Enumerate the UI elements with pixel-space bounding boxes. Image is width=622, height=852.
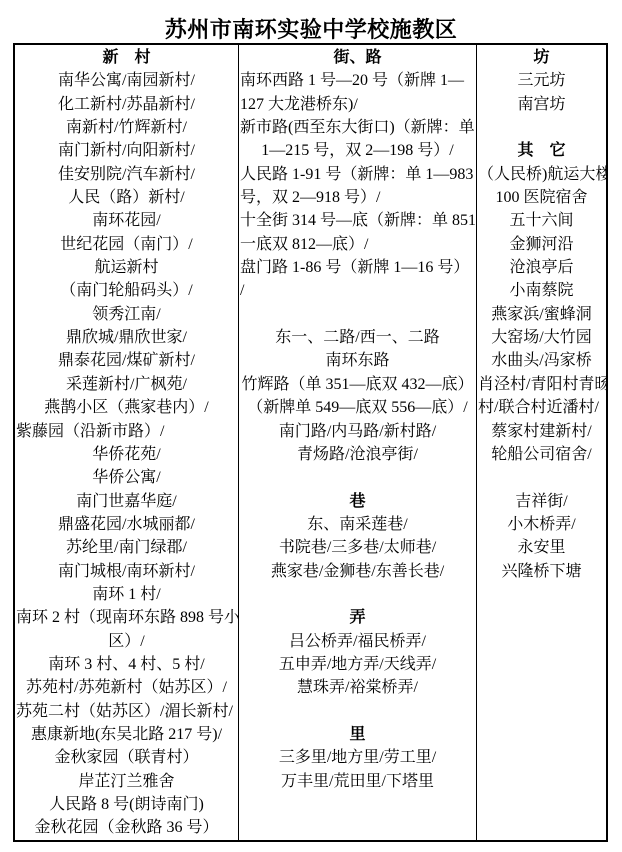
entry-line: 万丰里/荒田里/下塔里 [240,770,475,793]
entry-line: 华侨公寓/ [16,466,237,489]
district-table: 新 村南华公寓/南园新村/化工新村/苏晶新村/南新村/竹辉新村/南门新村/向阳新… [13,43,608,842]
entry-line: 沧浪亭后 [478,256,605,279]
section-header: 街、路 [240,46,475,69]
entry-line: 盘门路 1-86 号（新牌 1—16 号） [240,256,475,279]
entry-line: 东、南采莲巷/ [240,513,475,536]
entry-line: 区）/ [16,630,237,653]
entry-line: 南新村/竹辉新村/ [16,116,237,139]
entry-line: 南环花园/ [16,209,237,232]
entry-line: 村/联合村近潘村/ [478,396,605,419]
entry-line: 青炀路/沧浪亭街/ [240,443,475,466]
entry-line: 燕家浜/蜜蜂洞 [478,303,605,326]
entry-line: （新牌单 549—底双 556—底）/ [240,396,475,419]
entry-line: 南门城根/南环新村/ [16,560,237,583]
entry-line: 蔡家村建新村/ [478,420,605,443]
entry-line: 人民路 1-91 号（新牌：单 1—983 [240,163,475,186]
xincun-column: 新 村南华公寓/南园新村/化工新村/苏晶新村/南新村/竹辉新村/南门新村/向阳新… [15,45,238,840]
entry-line: 小南蔡院 [478,279,605,302]
entry-line: 127 大龙港桥东)/ [240,93,475,116]
entry-line: 新市路(西至东大街口)（新牌：单 [240,116,475,139]
entry-line: 东一、二路/西一、二路 [240,326,475,349]
entry-line: 书院巷/三多巷/太师巷/ [240,536,475,559]
blank-line [240,700,475,723]
entry-line: 南环 2 村（现南环东路 898 号小 [16,606,237,629]
section-header: 巷 [240,490,475,513]
entry-line: 1—215 号，双 2—198 号）/ [240,139,475,162]
entry-line: 五十六间 [478,209,605,232]
entry-line: 南门世嘉华庭/ [16,490,237,513]
entry-line: （南门轮船码头）/ [16,279,237,302]
section-header: 其 它 [478,139,605,162]
entry-line: 永安里 [478,536,605,559]
entry-line: 金秋家园（联青村） [16,746,237,769]
entry-line: 南环 3 村、4 村、5 村/ [16,653,237,676]
entry-line: 慧珠弄/裕棠桥弄/ [240,676,475,699]
entry-line: 大窑场/大竹园 [478,326,605,349]
entry-line: （人民桥)航运大楼 [478,163,605,186]
entry-line: 航运新村 [16,256,237,279]
entry-line: 苏纶里/南门绿郡/ [16,536,237,559]
section-header: 弄 [240,606,475,629]
entry-line: 鼎泰花园/煤矿新村/ [16,349,237,372]
entry-line: 小木桥弄/ [478,513,605,536]
entry-line: 轮船公司宿舍/ [478,443,605,466]
blank-line [240,583,475,606]
entry-line: 十全街 314 号—底（新牌：单 851 [240,209,475,232]
entry-line: 吕公桥弄/福民桥弄/ [240,630,475,653]
entry-line: 苏苑村/苏苑新村（姑苏区）/ [16,676,237,699]
entry-line: 三多里/地方里/劳工里/ [240,746,475,769]
entry-line: 南环 1 村/ [16,583,237,606]
entry-line: 号，双 2—918 号）/ [240,186,475,209]
blank-line [240,303,475,326]
entry-line: 苏苑二村（姑苏区）/湄长新村/ [16,700,237,723]
entry-line: 金狮河沿 [478,233,605,256]
entry-line: 三元坊 [478,69,605,92]
entry-line: 燕鹊小区（燕家巷内）/ [16,396,237,419]
entry-line: 燕家巷/金狮巷/东善长巷/ [240,560,475,583]
section-header: 里 [240,723,475,746]
jielu-column: 街、路南环西路 1 号—20 号（新牌 1—127 大龙港桥东)/新市路(西至东… [238,45,476,840]
entry-line: 岸芷汀兰雅舍 [16,770,237,793]
entry-line: 鼎盛花园/水城丽都/ [16,513,237,536]
page-title: 苏州市南环实验中学校施教区 [0,13,622,44]
blank-line [478,116,605,139]
entry-line: 竹辉路（单 351—底双 432—底） [240,373,475,396]
entry-line: 南门新村/向阳新村/ [16,139,237,162]
entry-line: 南宫坊 [478,93,605,116]
entry-line: 世纪花园（南门）/ [16,233,237,256]
entry-line: 兴隆桥下塘 [478,560,605,583]
entry-line: 惠康新地(东吴北路 217 号)/ [16,723,237,746]
entry-line: 南环东路 [240,349,475,372]
entry-line: 南华公寓/南园新村/ [16,69,237,92]
entry-line: 南环西路 1 号—20 号（新牌 1— [240,69,475,92]
entry-line: 化工新村/苏晶新村/ [16,93,237,116]
entry-line: 肖泾村/青阳村青旸 [478,373,605,396]
entry-line: 一底双 812—底）/ [240,233,475,256]
entry-line: 采莲新村/广枫苑/ [16,373,237,396]
entry-line: 领秀江南/ [16,303,237,326]
entry-line: 南门路/内马路/新村路/ [240,420,475,443]
entry-line: / [240,279,475,302]
entry-line: 五申弄/地方弄/天线弄/ [240,653,475,676]
entry-line: 鼎欣城/鼎欣世家/ [16,326,237,349]
entry-line: 水曲头/冯家桥 [478,349,605,372]
entry-line: 金秋花园（金秋路 36 号） [16,816,237,839]
entry-line: 华侨花苑/ [16,443,237,466]
page: 苏州市南环实验中学校施教区 新 村南华公寓/南园新村/化工新村/苏晶新村/南新村… [0,0,622,852]
entry-line: 人民（路）新村/ [16,186,237,209]
entry-line: 佳安别院/汽车新村/ [16,163,237,186]
entry-line: 人民路 8 号(朗诗南门) [16,793,237,816]
blank-line [240,466,475,489]
entry-line: 紫藤园（沿新市路）/ [16,420,237,443]
entry-line: 100 医院宿舍 [478,186,605,209]
fang-column: 坊三元坊南宫坊 其 它（人民桥)航运大楼100 医院宿舍五十六间金狮河沿沧浪亭后… [476,45,606,840]
entry-line: 吉祥街/ [478,490,605,513]
blank-line [478,466,605,489]
section-header: 新 村 [16,46,237,69]
section-header: 坊 [478,46,605,69]
